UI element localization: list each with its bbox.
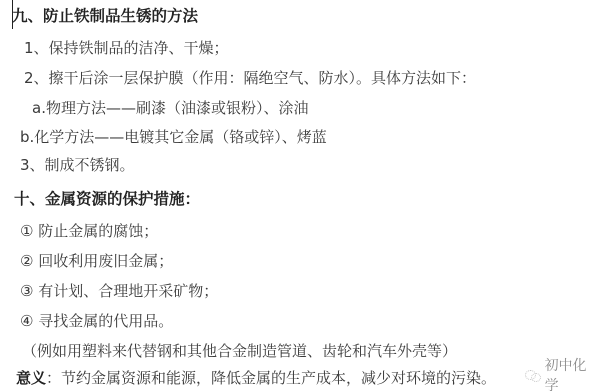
section-10-item-4: ④ 寻找金属的代用品。: [20, 311, 173, 331]
significance-text: ：节约金属资源和能源，降低金属的生产成本，减少对环境的污染。: [46, 369, 496, 387]
section-10-item-2: ② 回收利用废旧金属；: [20, 251, 173, 271]
section-10-item-3: ③ 有计划、合理地开采矿物；: [20, 281, 218, 301]
section-9-item-1: 1、保持铁制品的洁净、干燥；: [24, 38, 229, 58]
section-9-item-2b: b.化学方法——电镀其它金属（铬或锌）、烤蓝: [20, 127, 327, 147]
wechat-icon: [525, 368, 541, 382]
section-10-example: （例如用塑料来代替钢和其他合金制造管道、齿轮和汽车外壳等）: [22, 341, 457, 361]
significance-label: 意义: [16, 369, 46, 387]
section-9-item-2: 2、擦干后涂一层保护膜（作用：隔绝空气、防水）。具体方法如下：: [24, 68, 476, 88]
watermark-text: 初中化学: [545, 355, 599, 391]
section-9-item-3: 3、制成不锈钢。: [20, 155, 135, 175]
section-9-title: 九、防止铁制品生锈的方法: [12, 6, 198, 26]
section-9-item-2a: a.物理方法——刷漆（油漆或银粉）、涂油: [32, 98, 308, 118]
significance-line: 意义：节约金属资源和能源，降低金属的生产成本，减少对环境的污染。: [16, 368, 496, 388]
section-10-title: 十、金属资源的保护措施：: [14, 189, 200, 209]
section-10-item-1: ① 防止金属的腐蚀；: [20, 221, 158, 241]
watermark: 初中化学: [525, 355, 599, 391]
